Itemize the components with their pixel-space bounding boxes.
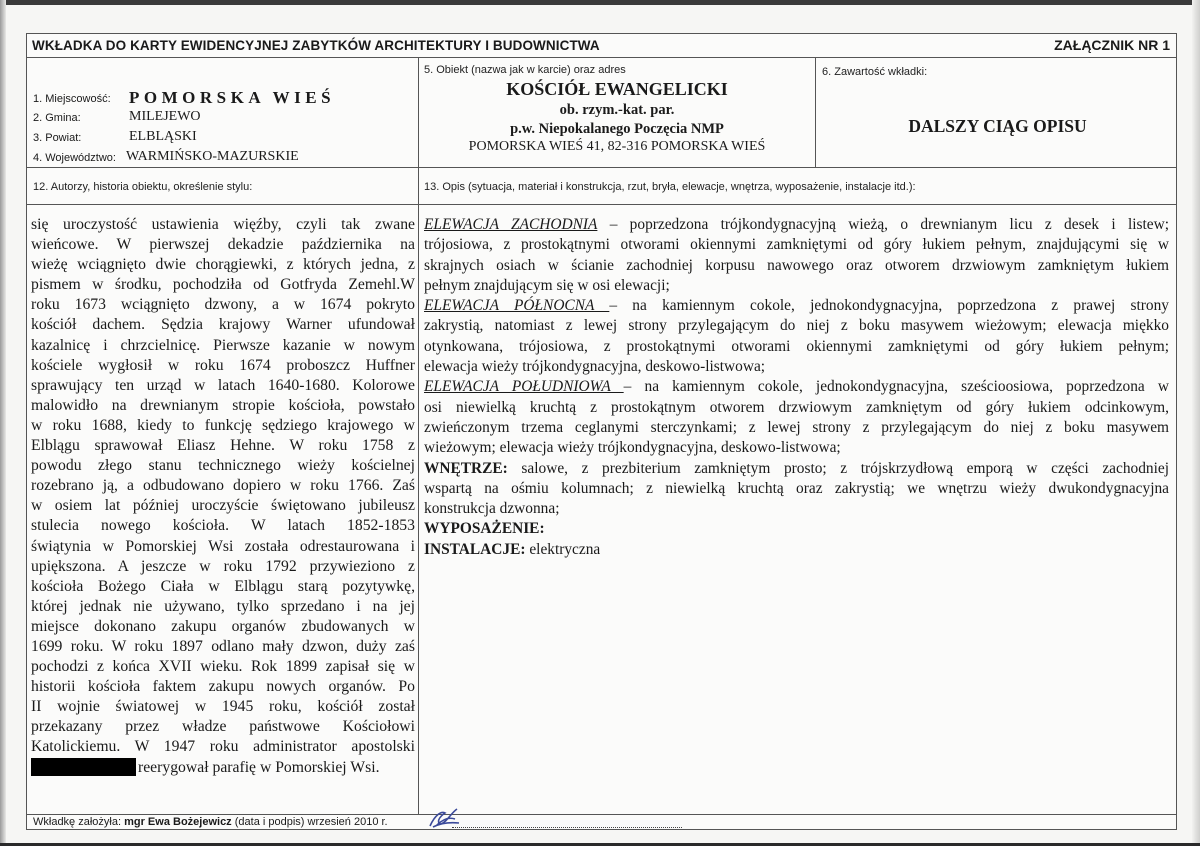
field-value: POMORSKA WIEŚ	[129, 88, 335, 108]
history-line: Elblągu sprawował Eliasz Hehne. W roku 1…	[31, 436, 415, 456]
history-line: w roku 1688, kiedy to funkcję sędziego k…	[31, 416, 415, 436]
history-line: świątynia w Pomorskiej Wsi została odres…	[31, 537, 415, 557]
field-label: 1. Miejscowość:	[33, 93, 111, 105]
heading-north-elevation: ELEWACJA PÓŁNOCNA	[424, 297, 609, 314]
history-line: się uroczystość ustawienia więźby, czyli…	[31, 215, 415, 235]
desc-text: – poprzedzona trójkondygnacyjną wieżą, o…	[597, 216, 1169, 233]
desc-line: WYPOSAŻENIE:	[424, 519, 1169, 539]
field-label: 3. Powiat:	[33, 132, 81, 144]
object-name: KOŚCIÓŁ EWANGELICKI	[412, 79, 822, 100]
field-value: WARMIŃSKO-MAZURSKIE	[126, 149, 299, 165]
record-card-insert: WKŁADKA DO KARTY EWIDENCYJNEJ ZABYTKÓW A…	[26, 33, 1177, 830]
history-line: upiększona. A jeszcze w roku 1792 przywi…	[31, 557, 415, 577]
desc-line: osi niewielką kruchtą z prostokątnym otw…	[424, 398, 1169, 418]
field-label: 2. Gmina:	[33, 112, 81, 124]
footer-prefix: Wkładkę założyła:	[33, 816, 124, 828]
installations-value: elektryczna	[525, 541, 600, 558]
history-line: II wojnie światowej w 1945 roku, kościół…	[31, 697, 415, 717]
history-line: której jednak nie używano, tylko sprzeda…	[31, 597, 415, 617]
history-line: wieżę wciągnięto dwie chorągiewki, z któ…	[31, 255, 415, 275]
desc-line: trójosiowa, z prostokątnymi otworami oki…	[424, 235, 1169, 255]
signature-dotted-line	[452, 817, 682, 828]
history-line: kościoła Bożego Ciała w Elblągu starą po…	[31, 577, 415, 597]
object-parish: ob. rzym.-kat. par.	[412, 102, 822, 119]
history-line: pochodzi z końca XVII wieku. Rok 1899 za…	[31, 657, 415, 677]
scan-edge-left	[0, 0, 6, 846]
redaction-block	[31, 758, 136, 776]
object-dedication: p.w. Niepokalanego Poczęcia NMP	[412, 121, 822, 138]
history-line: Katolickiemu. W 1947 roku administrator …	[31, 737, 415, 757]
heading-west-elevation: ELEWACJA ZACHODNIA	[424, 216, 597, 233]
heading-south-elevation: ELEWACJA POŁUDNIOWA	[424, 378, 624, 395]
desc-line: ELEWACJA POŁUDNIOWA – na kamiennym cokol…	[424, 377, 1169, 397]
history-label: 12. Autorzy, historia obiektu, określeni…	[33, 181, 252, 193]
contents-label: 6. Zawartość wkładki:	[822, 66, 927, 78]
desc-line: wspartą na ośmiu kolumnach; z niewielką …	[424, 479, 1169, 499]
history-line: miejsce dokonano zakupu organów zbudowan…	[31, 617, 415, 637]
history-line: kościół dachem. Sędzia krajowy Warner uf…	[31, 315, 415, 335]
heading-furnishing: WYPOSAŻENIE:	[424, 520, 545, 537]
desc-line: wieżowym; elewacja wieży trójkondygnacyj…	[424, 438, 1169, 458]
history-line: rozebrano ją, a odbudowano dopiero w rok…	[31, 476, 415, 496]
footer-author: mgr Ewa Bożejewicz	[124, 816, 232, 828]
desc-text: – na kamiennym cokole, jednokondygnacyjn…	[609, 297, 1169, 314]
desc-line: ELEWACJA PÓŁNOCNA – na kamiennym cokole,…	[424, 296, 1169, 316]
scan-edge-top	[0, 0, 1200, 5]
history-line: kazalnicę i chrzcielnicę. Pierwsze kazan…	[31, 336, 415, 356]
history-line: sprawujący ten urząd w latach 1640-1680.…	[31, 376, 415, 396]
object-section: 5. Obiekt (nazwa jak w karcie) oraz adre…	[419, 58, 815, 168]
heading-interior: WNĘTRZE:	[424, 460, 508, 477]
desc-text: – na kamiennym cokole, jednokondygnacyjn…	[624, 378, 1169, 395]
contents-section: 6. Zawartość wkładki: DALSZY CIĄG OPISU	[816, 58, 1176, 168]
header-row: WKŁADKA DO KARTY EWIDENCYJNEJ ZABYTKÓW A…	[27, 34, 1176, 58]
history-line: wieńcowe. W pierwszej dekadzie październ…	[31, 235, 415, 255]
history-line: kościele wygłosił w roku 1674 proboszcz …	[31, 356, 415, 376]
history-line: w osiem lat później uroczyście świętowan…	[31, 496, 415, 516]
history-line: przekazany przez władze państwowe Kościo…	[31, 717, 415, 737]
location-section: 1. Miejscowość: POMORSKA WIEŚ 2. Gmina: …	[27, 58, 418, 168]
history-text: się uroczystość ustawienia więźby, czyli…	[31, 215, 415, 778]
field-value: ELBLĄSKI	[129, 129, 197, 145]
contents-value: DALSZY CIĄG OPISU	[816, 116, 1179, 137]
heading-installations: INSTALACJE:	[424, 541, 525, 558]
field-value: MILEJEWO	[129, 109, 201, 125]
history-line: stulecia nowego kościoła. W latach 1852-…	[31, 516, 415, 536]
form-title: WKŁADKA DO KARTY EWIDENCYJNEJ ZABYTKÓW A…	[32, 38, 600, 53]
history-line: powodu złego stanu technicznego wieży ko…	[31, 456, 415, 476]
desc-line: WNĘTRZE: salowe, z prezbiterium zamknięt…	[424, 459, 1169, 479]
desc-line: elewacja wieży trójkondygnacyjna, deskow…	[424, 357, 1169, 377]
divider-label-row	[27, 204, 1176, 205]
object-address-row: POMORSKA WIEŚ 41, 82-316 POMORSKA WIEŚ	[412, 139, 822, 155]
history-line: historii kościoła faktem zakupu nowych o…	[31, 677, 415, 697]
object-subtitle-1: ob. rzym.-kat. par.	[412, 102, 822, 119]
history-line: pismem w środku, pochodziła od Gotfryda …	[31, 275, 415, 295]
annex-number: ZAŁĄCZNIK NR 1	[1054, 37, 1170, 53]
desc-line: zakrystią, natomiast z lewej strony przy…	[424, 316, 1169, 336]
desc-line: ELEWACJA ZACHODNIA – poprzedzona trójkon…	[424, 215, 1169, 235]
object-label: 5. Obiekt (nazwa jak w karcie) oraz adre…	[424, 64, 626, 76]
history-final-text: reerygował parafię w Pomorskiej Wsi.	[138, 759, 380, 776]
history-line-final: reerygował parafię w Pomorskiej Wsi.	[31, 758, 415, 778]
field-label: 4. Województwo:	[33, 152, 116, 164]
desc-line: otynkowana, trójosiowa, z prostokątnymi …	[424, 337, 1169, 357]
desc-text: salowe, z prezbiterium zamkniętym prosto…	[508, 460, 1169, 477]
scan-edge-right	[1192, 0, 1200, 846]
object-title: KOŚCIÓŁ EWANGELICKI	[412, 79, 822, 100]
desc-line: pełnym znajdującym się w osi elewacji;	[424, 276, 1169, 296]
desc-line: konstrukcja dzwonna;	[424, 499, 1169, 519]
history-line: malowidło na drewnianym stropie kościoła…	[31, 396, 415, 416]
desc-line: INSTALACJE: elektryczna	[424, 540, 1169, 560]
divider-column-left	[418, 58, 419, 814]
history-line: 1699 roku. W roku 1897 odlano mały dzwon…	[31, 637, 415, 657]
desc-line: zwieńczonym trzema ceglanymi sterczynkam…	[424, 418, 1169, 438]
object-address: POMORSKA WIEŚ 41, 82-316 POMORSKA WIEŚ	[412, 139, 822, 155]
history-line: roku 1673 wciągnięto dzwony, a w 1674 po…	[31, 295, 415, 315]
description-label: 13. Opis (sytuacja, materiał i konstrukc…	[424, 181, 916, 193]
desc-line: skrajnych osiach w ścianie zachodniej ko…	[424, 256, 1169, 276]
footer-row: Wkładkę założyła: mgr Ewa Bożejewicz (da…	[27, 814, 1176, 830]
object-subtitle-2: p.w. Niepokalanego Poczęcia NMP	[412, 121, 822, 138]
footer-date: (data i podpis) wrzesień 2010 r.	[232, 816, 388, 828]
footer-author-line: Wkładkę założyła: mgr Ewa Bożejewicz (da…	[33, 816, 388, 828]
description-text: ELEWACJA ZACHODNIA – poprzedzona trójkon…	[424, 215, 1169, 560]
